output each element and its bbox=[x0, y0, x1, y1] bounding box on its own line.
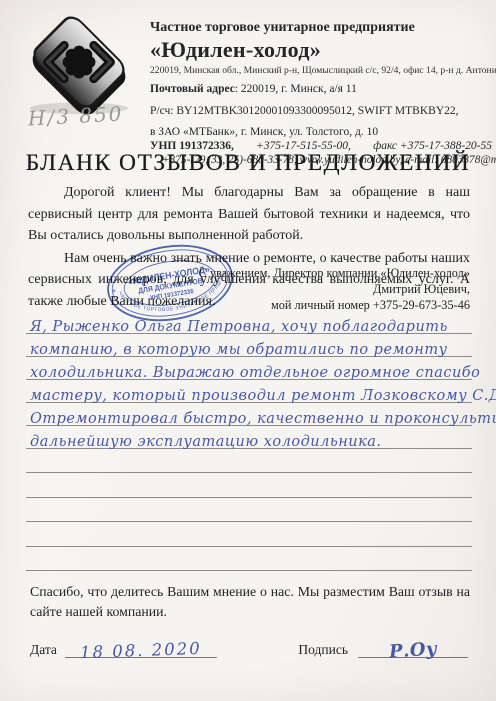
company-name: «Юдилен-холод» bbox=[150, 37, 492, 62]
ruled-line-empty bbox=[26, 498, 472, 522]
handwritten-text: холодильника. Выражаю отдельное огромное… bbox=[26, 365, 480, 381]
postal-label: Почтовый адрес bbox=[150, 83, 235, 95]
signature-value: Р.Оу bbox=[388, 638, 438, 662]
review-line: мастеру, который производил ремонт Лозко… bbox=[26, 380, 472, 403]
director-line-2: Дмитрий Юцевич, bbox=[199, 282, 470, 298]
ruled-line-empty bbox=[26, 522, 472, 546]
letterhead: Частное торговое унитарное предприятие «… bbox=[150, 20, 492, 167]
review-line: компанию, в которую мы обратились по рем… bbox=[26, 334, 472, 357]
handwritten-text: мастеру, который производил ремонт Лозко… bbox=[26, 388, 496, 404]
ruled-line-empty bbox=[26, 449, 472, 473]
snowflake-icon bbox=[63, 46, 96, 79]
pencil-annotation: Н/3 850 bbox=[27, 102, 124, 131]
org-type: Частное торговое унитарное предприятие bbox=[150, 20, 492, 36]
handwritten-text: Я, Рыженко Ольга Петровна, хочу поблагод… bbox=[26, 319, 448, 335]
postal-value: : 220019, г. Минск, а/я 11 bbox=[235, 83, 357, 95]
handwritten-text: Отремонтировал быстро, качественно и про… bbox=[26, 411, 496, 427]
postal-address: Почтовый адрес: 220019, г. Минск, а/я 11 bbox=[150, 83, 492, 96]
review-line: дальнейшую эксплуатацию холодильника. bbox=[26, 426, 472, 449]
date-label: Дата bbox=[30, 642, 57, 658]
document-title: БЛАНК ОТЗЫВОВ И ПРЕДЛОЖЕНИЙ bbox=[0, 150, 496, 177]
handwritten-text: компанию, в которую мы обратились по рем… bbox=[26, 342, 448, 358]
ruled-line-empty bbox=[26, 473, 472, 497]
director-line-1: С уважением, Директор компании «Юдилен-х… bbox=[199, 266, 470, 282]
review-line: Отремонтировал быстро, качественно и про… bbox=[26, 403, 472, 426]
bank-account-line: Р/сч: BY12MTBK30120001093300095012, SWIF… bbox=[150, 105, 492, 118]
review-area: Я, Рыженко Ольга Петровна, хочу поблагод… bbox=[26, 311, 472, 571]
signature-label: Подпись bbox=[298, 642, 348, 658]
thanks-text: Спасибо, что делитесь Вашим мнение о нас… bbox=[30, 582, 470, 621]
date-value: 18 08. 2020 bbox=[80, 639, 202, 662]
stamp-star-left-icon: * bbox=[112, 287, 117, 298]
signature-field: Р.Оу bbox=[358, 636, 468, 658]
review-line: холодильника. Выражаю отдельное огромное… bbox=[26, 357, 472, 380]
scanned-feedback-form: Н/3 850 Частное торговое унитарное предп… bbox=[0, 0, 496, 701]
handwritten-text: дальнейшую эксплуатацию холодильника. bbox=[26, 434, 382, 450]
bank-name-line: в ЗАО «МТБанк», г. Минск, ул. Толстого, … bbox=[150, 126, 492, 139]
date-signature-row: Дата 18 08. 2020 Подпись Р.Оу bbox=[30, 636, 468, 658]
ruled-line-empty bbox=[26, 547, 472, 571]
review-line: Я, Рыженко Ольга Петровна, хочу поблагод… bbox=[26, 311, 472, 334]
paragraph-1: Дорогой клиент! Мы благодарны Вам за обр… bbox=[28, 182, 470, 247]
company-address: 220019, Минская обл., Минский р-н, Щомыс… bbox=[150, 65, 492, 76]
date-field: 18 08. 2020 bbox=[65, 638, 217, 658]
